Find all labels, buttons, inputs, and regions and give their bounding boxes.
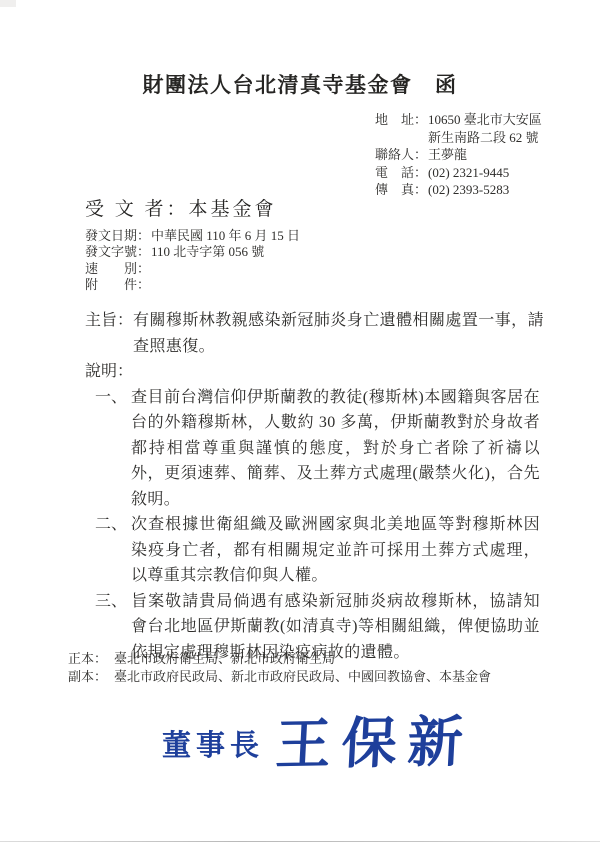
meta-attachment-label: 附 件： [85,277,151,293]
item-1-text: 查目前台灣信仰伊斯蘭教的教徒(穆斯林)本國籍與客居在台的外籍穆斯林，人數約 30… [131,385,540,513]
scan-page-bottom-edge [0,841,600,842]
recipient-line: 受 文 者：本基金會 [85,194,277,221]
copy-row-original: 正本： 臺北市政府衛生局、新北市政府衛生局 [68,650,491,668]
sender-address2-label [375,129,428,147]
scan-corner-smudge [0,0,16,7]
recipient-value: 本基金會 [189,199,277,220]
meta-row-attachment: 附 件： [85,277,300,293]
sender-row-phone: 電 話： (02) 2321-9445 [375,164,542,182]
subject-row: 主旨： 有關穆斯林教親感染新冠肺炎身亡遺體相關處置一事，請查照惠復。 [85,308,545,359]
recipient-label: 受 文 者： [85,199,189,220]
meta-date-label: 發文日期： [85,228,151,244]
sender-row-address: 地 址： 10650 臺北市大安區 [375,111,542,129]
item-1-number: 一、 [95,385,131,513]
item-2-number: 二、 [95,512,131,589]
sender-row-fax: 傳 真： (02) 2393-5283 [375,181,542,199]
meta-number-value: 110 北寺字第 056 號 [151,244,264,260]
copy-cc-label: 副本： [68,668,114,686]
sender-row-address2: 新生南路二段 62 號 [375,129,542,147]
sender-phone-label: 電 話： [375,164,428,182]
sender-info-block: 地 址： 10650 臺北市大安區 新生南路二段 62 號 聯絡人： 王夢龍 電… [375,111,542,199]
list-item-2: 二、 次查根據世衛組織及歐洲國家與北美地區等對穆斯林因染疫身亡者，都有相關規定並… [95,512,545,589]
sender-address-value: 10650 臺北市大安區 [428,111,542,129]
copy-cc-value: 臺北市政府民政局、新北市政府民政局、中國回教協會、本基金會 [114,668,491,686]
item-2-text: 次查根據世衛組織及歐洲國家與北美地區等對穆斯林因染疫身亡者，都有相關規定並許可採… [131,512,540,589]
meta-priority-label: 速 別： [85,261,151,277]
sender-contact-label: 聯絡人： [375,146,428,164]
copy-row-cc: 副本： 臺北市政府民政局、新北市政府民政局、中國回教協會、本基金會 [68,668,491,686]
signature-name: 王保新 [274,697,476,780]
meta-row-priority: 速 別： [85,261,300,277]
meta-block: 發文日期： 中華民國 110 年 6 月 15 日 發文字號： 110 北寺字第… [85,228,300,293]
list-item-1: 一、 查目前台灣信仰伊斯蘭教的教徒(穆斯林)本國籍與客居在台的外籍穆斯林，人數約… [95,385,545,513]
meta-row-date: 發文日期： 中華民國 110 年 6 月 15 日 [85,228,300,244]
signature-block: 董事長 王保新 [162,696,474,780]
document-page: 財團法人台北清真寺基金會 函 地 址： 10650 臺北市大安區 新生南路二段 … [0,0,600,848]
sender-address-label: 地 址： [375,111,428,129]
copies-block: 正本： 臺北市政府衛生局、新北市政府衛生局 副本： 臺北市政府民政局、新北市政府… [68,650,491,685]
sender-contact-value: 王夢龍 [428,146,467,164]
meta-row-number: 發文字號： 110 北寺字第 056 號 [85,244,300,260]
sender-address2-value: 新生南路二段 62 號 [428,129,539,147]
letter-body: 主旨： 有關穆斯林教親感染新冠肺炎身亡遺體相關處置一事，請查照惠復。 說明： 一… [85,308,545,665]
copy-original-label: 正本： [68,650,114,668]
meta-date-value: 中華民國 110 年 6 月 15 日 [151,228,300,244]
sender-row-contact: 聯絡人： 王夢龍 [375,146,542,164]
copy-original-value: 臺北市政府衛生局、新北市政府衛生局 [114,650,335,668]
sender-phone-value: (02) 2321-9445 [428,164,509,182]
sender-fax-label: 傳 真： [375,181,428,199]
signature-title: 董事長 [162,723,264,764]
meta-number-label: 發文字號： [85,244,151,260]
subject-label: 主旨： [85,308,133,359]
page-title: 財團法人台北清真寺基金會 函 [0,69,600,99]
sender-fax-value: (02) 2393-5283 [428,181,509,199]
explanation-label: 說明： [85,359,545,385]
subject-text: 有關穆斯林教親感染新冠肺炎身亡遺體相關處置一事，請查照惠復。 [133,308,544,359]
